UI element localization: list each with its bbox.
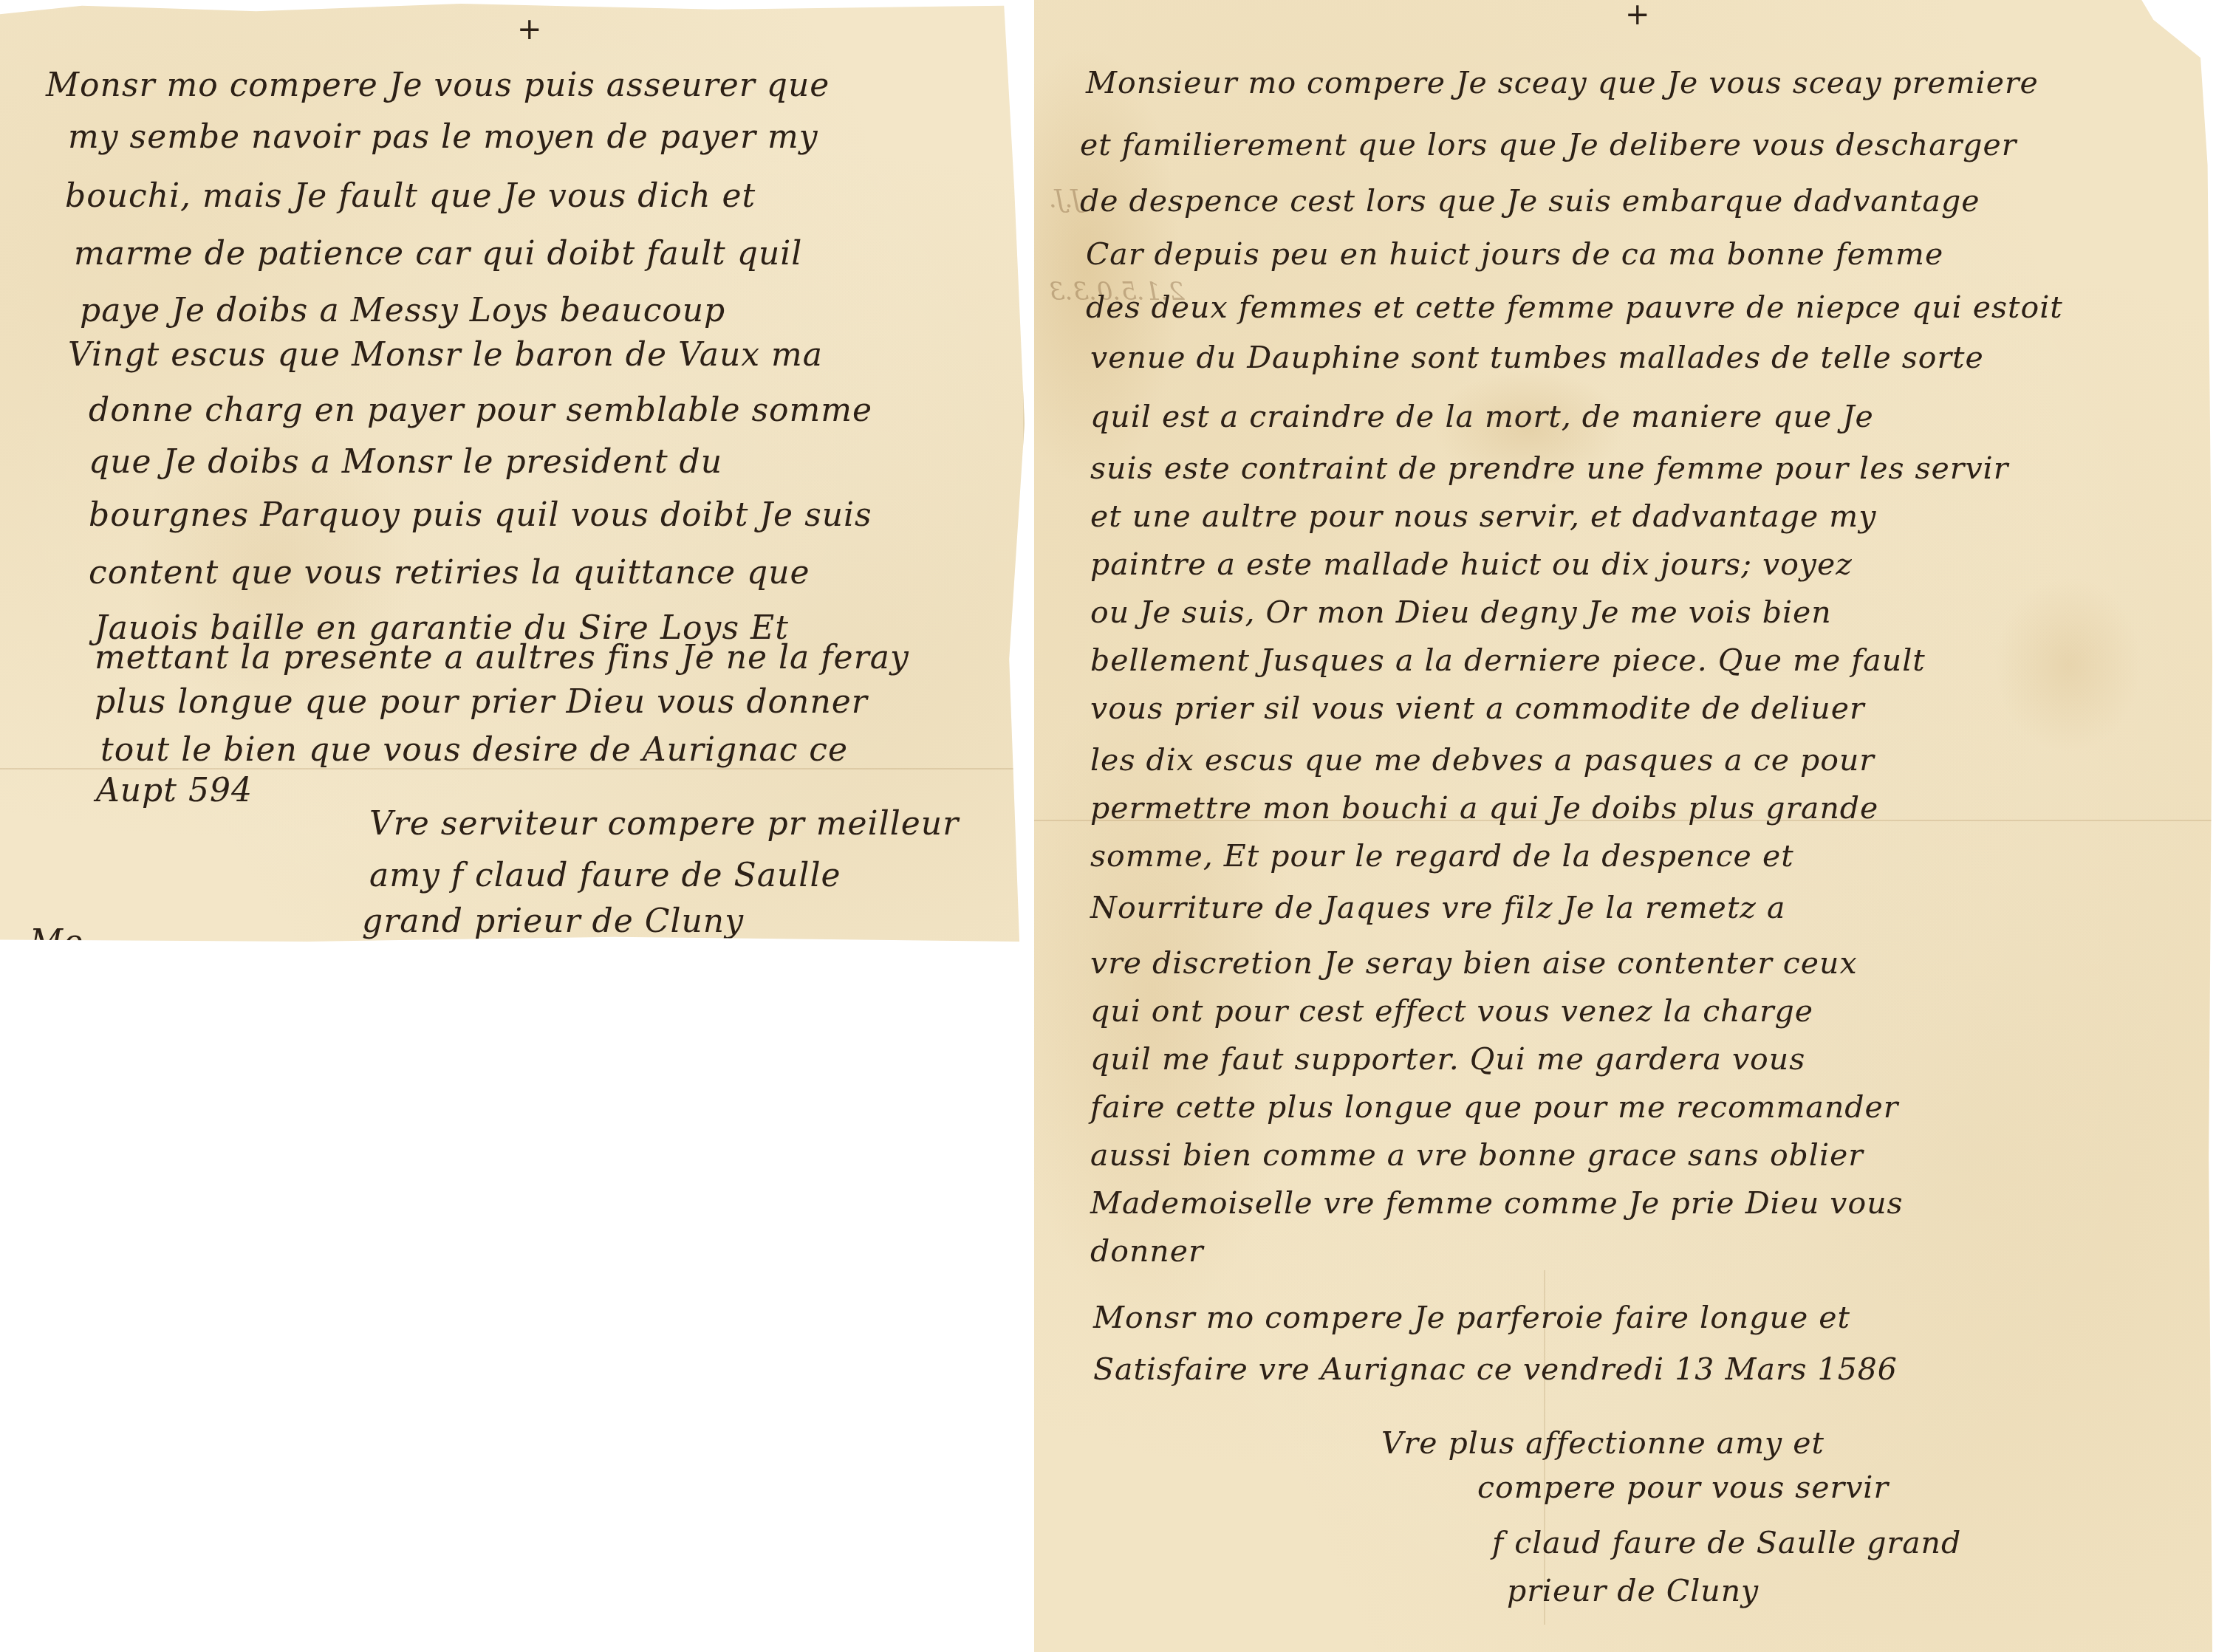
letter-line: my sembe navoir pas le moyen de payer my — [68, 118, 818, 156]
letter-line: les dix escus que me debves a pasques a … — [1090, 742, 1875, 778]
fragment-text: Mo — [30, 923, 84, 961]
letter-line: qui ont pour cest effect vous venez la c… — [1090, 993, 1813, 1029]
letter-line: suis este contraint de prendre une femme… — [1090, 450, 2008, 486]
bleed-through-text: J.J. — [1049, 185, 1081, 214]
date-line: Satisfaire vre Aurignac ce vendredi 13 M… — [1093, 1351, 1898, 1387]
signature-title: grand prieur de Cluny — [362, 902, 744, 940]
letter-line: mettant la presente a aultres fins Je ne… — [95, 639, 909, 676]
closing-line: compere pour vous servir — [1477, 1470, 1889, 1505]
letter-line: et familierement que lors que Je deliber… — [1080, 127, 2017, 162]
letter-line: que Je doibs a Monsr le president du — [89, 443, 722, 481]
closing-line: Vre plus affectionne amy et — [1381, 1425, 1825, 1461]
letter-line: Nourriture de Jaques vre filz Je la reme… — [1090, 890, 1785, 925]
letter-line: vous prier sil vous vient a commodite de… — [1090, 690, 1865, 726]
letter-line: Mademoiselle vre femme comme Je prie Die… — [1090, 1185, 1904, 1221]
letter-line: faire cette plus longue que pour me reco… — [1090, 1089, 1898, 1125]
letter-line: paintre a este mallade huict ou dix jour… — [1090, 546, 1853, 582]
letter-left-sheet: + Monsr mo compere Je vous puis asseurer… — [0, 0, 1025, 942]
letter-line: paye Je doibs a Messy Loys beaucoup — [80, 292, 725, 329]
letter-line: Vingt escus que Monsr le baron de Vaux m… — [68, 336, 823, 374]
letter-line: content que vous retiries la quittance q… — [89, 554, 810, 592]
letter-line: Monsieur mo compere Je sceay que Je vous… — [1086, 65, 2039, 100]
letter-line: Monsr mo compere Je vous puis asseurer q… — [46, 66, 830, 104]
letter-line: de despence cest lors que Je suis embarq… — [1080, 183, 1980, 219]
letter-line: quil me faut supporter. Qui me gardera v… — [1090, 1041, 1805, 1077]
cross-mark: + — [1625, 0, 1650, 30]
letter-line: donner — [1090, 1233, 1204, 1269]
letter-line: plus longue que pour prier Dieu vous don… — [95, 683, 868, 721]
letter-line: bourgnes Parquoy puis quil vous doibt Je… — [89, 496, 872, 534]
letter-line: quil est a craindre de la mort, de manie… — [1090, 399, 1874, 434]
letter-line: bellement Jusques a la derniere piece. Q… — [1090, 642, 1926, 678]
closing-line: Vre serviteur compere pr meilleur — [369, 805, 959, 843]
letter-line: donne charg en payer pour semblable somm… — [89, 391, 872, 429]
letter-line: des deux femmes et cette femme pauvre de… — [1086, 289, 2063, 325]
letter-line: Car depuis peu en huict jours de ca ma b… — [1086, 236, 1943, 272]
letter-line: ou Je suis, Or mon Dieu degny Je me vois… — [1090, 594, 1832, 630]
letter-line: vre discretion Je seray bien aise conten… — [1090, 945, 1858, 981]
letter-line: venue du Dauphine sont tumbes mallades d… — [1090, 340, 1984, 375]
letter-line: aussi bien comme a vre bonne grace sans … — [1090, 1137, 1864, 1173]
letter-line: tout le bien que vous desire de Aurignac… — [100, 731, 848, 769]
signature-title: prieur de Cluny — [1507, 1573, 1759, 1608]
letter-line: somme, Et pour le regard de la despence … — [1090, 838, 1794, 874]
date-line: Aupt 594 — [96, 772, 253, 809]
postscript-line: Monsr mo compere Je parferoie faire long… — [1093, 1300, 1850, 1335]
letter-line: permettre mon bouchi a qui Je doibs plus… — [1090, 790, 1878, 826]
stain — [1994, 576, 2142, 753]
signature-line: amy f claud faure de Saulle — [369, 857, 841, 894]
letter-right-sheet: + 2.1.5.0.3.3 J.J. Monsieur mo compere J… — [1034, 0, 2212, 1652]
letter-line: bouchi, mais Je fault que Je vous dich e… — [65, 177, 756, 215]
cross-mark: + — [517, 15, 542, 44]
letter-line: et une aultre pour nous servir, et dadva… — [1090, 498, 1876, 534]
letter-line: marme de patience car qui doibt fault qu… — [74, 235, 802, 273]
signature-line: f claud faure de Saulle grand — [1492, 1525, 1961, 1560]
